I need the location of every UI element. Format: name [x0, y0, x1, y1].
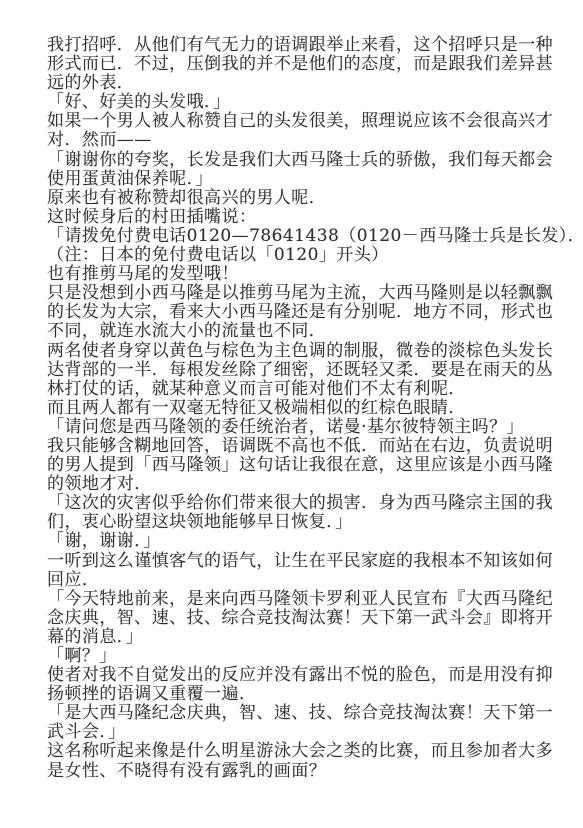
text-line-30: 「今天特地前来，是来向西马隆领卡罗利亚人民宣布『大西马隆纪 [47, 590, 547, 609]
text-line-15: 的长发为大宗，看来大小西马隆还是有分别呢．地方不同，形式也 [47, 303, 547, 322]
text-line-33: 「啊？」 [47, 647, 547, 666]
text-line-39: 是女性、不晓得有没有露乳的画面？ [47, 762, 547, 781]
text-line-35: 扬顿挫的语调又重覆一遍． [47, 685, 547, 704]
text-line-3: 远的外表． [47, 74, 547, 93]
text-line-6: 对．然而—— [47, 131, 547, 150]
text-line-31: 念庆典，智、速、技、综合竞技淘汰赛！天下第一武斗会』即将开 [47, 609, 547, 628]
text-line-23: 的男人提到「西马隆领」这句话让我很在意，这里应该是小西马隆 [47, 456, 547, 475]
text-line-22: 我只能够含糊地回答，语调既不高也不低．而站在右边，负责说明 [47, 437, 547, 456]
text-line-34: 使者对我不自觉发出的反应并没有露出不悦的脸色，而是用没有抑 [47, 666, 547, 685]
text-line-11: 「请拨免付费电话0120—78641438（0120－西马隆士兵是长发）． [47, 227, 547, 246]
text-line-12: （注：日本的免付费电话以「0120」开头） [47, 246, 547, 265]
text-line-32: 幕的消息．」 [47, 628, 547, 647]
text-line-21: 「请问您是西马隆领的委任统治者，诺曼·基尔彼特领主吗？」 [47, 418, 547, 437]
text-line-20: 而且两人都有一双毫无特征又极端相似的红棕色眼睛． [47, 399, 547, 418]
text-line-27: 「谢，谢谢．」 [47, 532, 547, 551]
text-line-25: 「这次的灾害似乎给你们带来很大的损害．身为西马隆宗主国的我 [47, 494, 547, 513]
text-line-18: 达背部的一半．每根发丝除了细密，还既轻又柔．要是在雨天的丛 [47, 361, 547, 380]
text-line-8: 使用蛋黄油保养呢．」 [47, 170, 547, 189]
text-line-29: 回应． [47, 571, 547, 590]
text-line-5: 如果一个男人被人称赞自己的头发很美，照理说应该不会很高兴才 [47, 112, 547, 131]
text-line-24: 的领地才对． [47, 475, 547, 494]
text-line-16: 不同，就连水流大小的流量也不同． [47, 322, 547, 341]
text-line-1: 我打招呼．从他们有气无力的语调跟举止来看，这个招呼只是一种 [47, 36, 547, 55]
text-line-19: 林打仗的话，就某种意义而言可能对他们不太有利呢． [47, 380, 547, 399]
text-line-4: 「好、好美的头发哦．」 [47, 93, 547, 112]
text-line-10: 这时候身后的村田插嘴说： [47, 208, 547, 227]
text-line-14: 只是没想到小西马隆是以推剪马尾为主流，大西马隆则是以轻飘飘 [47, 284, 547, 303]
text-line-37: 武斗会．」 [47, 723, 547, 742]
text-line-28: 一听到这么谨慎客气的语气，让生在平民家庭的我根本不知该如何 [47, 552, 547, 571]
novel-text-block: 我打招呼．从他们有气无力的语调跟举止来看，这个招呼只是一种形式而已．不过，压倒我… [47, 36, 547, 781]
text-line-26: 们，衷心盼望这块领地能够早日恢复．」 [47, 513, 547, 532]
text-line-9: 原来也有被称赞却很高兴的男人呢． [47, 189, 547, 208]
text-line-17: 两名使者身穿以黄色与棕色为主色调的制服，微卷的淡棕色头发长 [47, 342, 547, 361]
scanned-book-page: 我打招呼．从他们有气无力的语调跟举止来看，这个招呼只是一种形式而已．不过，压倒我… [0, 0, 583, 828]
text-line-38: 这名称听起来像是什么明星游泳大会之类的比赛，而且参加者大多 [47, 742, 547, 761]
text-line-7: 「谢谢你的夸奖，长发是我们大西马隆士兵的骄傲，我们每天都会 [47, 151, 547, 170]
text-line-13: 也有推剪马尾的发型哦！ [47, 265, 547, 284]
text-line-2: 形式而已．不过，压倒我的并不是他们的态度，而是跟我们差异甚 [47, 55, 547, 74]
text-line-36: 「是大西马隆纪念庆典，智、速、技、综合竞技淘汰赛！天下第一 [47, 704, 547, 723]
